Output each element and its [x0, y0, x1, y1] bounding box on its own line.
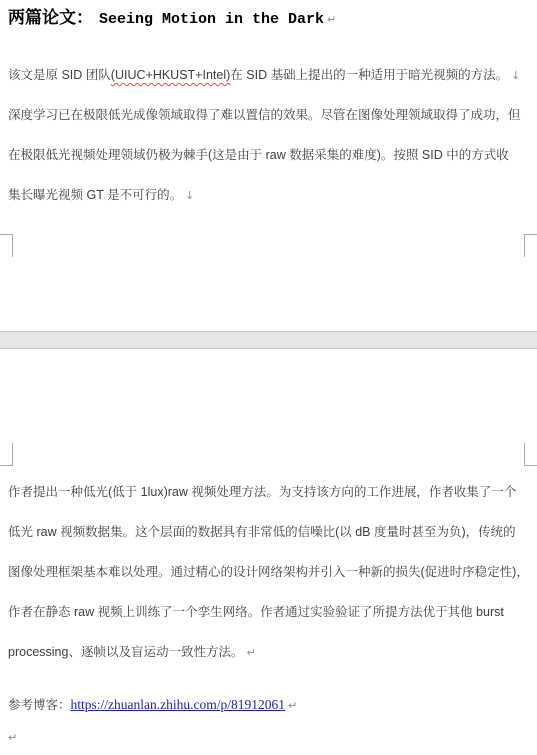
text-line[interactable]: 图像处理框架基本难以处理。通过精心的设计网络架构并引入一种新的损失(促进时序稳定… [8, 552, 533, 592]
text-line[interactable]: 深度学习已在极限低光成像领域取得了难以置信的效果。尽管在图像处理领域取得了成功，… [8, 95, 533, 135]
paragraph-2[interactable]: 深度学习已在极限低光成像领域取得了难以置信的效果。尽管在图像处理领域取得了成功，… [8, 95, 533, 215]
text-line[interactable]: 集长曝光视频 GT 是不可行的。↓ [8, 175, 533, 215]
text-line[interactable]: 作者提出一种低光(低于 1lux)raw 视频处理方法。为支持该方向的工作进展，… [8, 472, 533, 512]
page1-margin-mark-bottom-right-icon [524, 234, 537, 257]
paragraph-3-line-3: 图像处理框架基本难以处理。通过精心的设计网络架构并引入一种新的损失(促进时序稳定… [8, 565, 529, 579]
paragraph-1[interactable]: 该文是原 SID 团队(UIUC+HKUST+Intel)在 SID 基础上提出… [8, 55, 533, 95]
paragraph-3-line-2: 低光 raw 视频数据集。这个层面的数据具有非常低的信噪比(以 dB 度量时甚至… [8, 525, 516, 539]
paragraph-mark-icon: ↵ [327, 13, 336, 26]
paragraph-1-text-after: 在 SID 基础上提出的一种适用于暗光视频的方法。 [230, 68, 508, 82]
paragraph-1-text-before: 该文是原 SID 团队 [8, 68, 111, 82]
paragraph-3-line-4: 作者在静态 raw 视频上训练了一个孪生网络。作者通过实验验证了所提方法优于其他… [8, 605, 504, 619]
page-break-separator[interactable] [0, 331, 537, 349]
line-break-mark-icon: ↓ [511, 69, 520, 82]
document-title[interactable]: 两篇论文：Seeing Motion in the Dark↵ [8, 2, 336, 34]
empty-paragraph[interactable]: ↵ [8, 717, 533, 755]
line-break-mark-icon: ↓ [185, 189, 194, 202]
paragraph-mark-icon: ↵ [288, 699, 297, 712]
page2-margin-mark-top-right-icon [524, 443, 537, 466]
paragraph-2-line-2: 在极限低光视频处理领域仍极为棘手(这是由于 raw 数据采集的难度)。按照 SI… [8, 148, 509, 162]
spellcheck-flagged-text: (UIUC+HKUST+Intel) [111, 68, 230, 82]
text-line[interactable]: ↵ [8, 717, 533, 755]
page2-margin-mark-top-left-icon [0, 443, 13, 466]
paragraph-2-line-1: 深度学习已在极限低光成像领域取得了难以置信的效果。尽管在图像处理领域取得了成功，… [8, 108, 521, 122]
paragraph-3-line-5: processing、逐帧以及盲运动一致性方法。 [8, 645, 243, 659]
paragraph-3[interactable]: 作者提出一种低光(低于 1lux)raw 视频处理方法。为支持该方向的工作进展，… [8, 472, 533, 672]
word-document-view: 两篇论文：Seeing Motion in the Dark↵ 该文是原 SID… [0, 0, 537, 755]
text-line[interactable]: 作者在静态 raw 视频上训练了一个孪生网络。作者通过实验验证了所提方法优于其他… [8, 592, 533, 632]
title-text: Seeing Motion in the Dark [99, 11, 324, 28]
page1-margin-mark-bottom-left-icon [0, 234, 13, 257]
paragraph-mark-icon: ↵ [8, 731, 17, 744]
text-line[interactable]: 该文是原 SID 团队(UIUC+HKUST+Intel)在 SID 基础上提出… [8, 55, 533, 95]
paragraph-3-line-1: 作者提出一种低光(低于 1lux)raw 视频处理方法。为支持该方向的工作进展，… [8, 485, 516, 499]
reference-label: 参考博客： [8, 698, 71, 712]
paragraph-2-line-3: 集长曝光视频 GT 是不可行的。 [8, 188, 182, 202]
text-line[interactable]: 在极限低光视频处理领域仍极为棘手(这是由于 raw 数据采集的难度)。按照 SI… [8, 135, 533, 175]
reference-link[interactable]: https://zhuanlan.zhihu.com/p/81912061 [71, 697, 285, 712]
text-line[interactable]: 低光 raw 视频数据集。这个层面的数据具有非常低的信噪比(以 dB 度量时甚至… [8, 512, 533, 552]
paragraph-mark-icon: ↵ [246, 646, 255, 659]
title-prefix: 两篇论文： [8, 8, 93, 27]
text-line[interactable]: processing、逐帧以及盲运动一致性方法。↵ [8, 632, 533, 672]
